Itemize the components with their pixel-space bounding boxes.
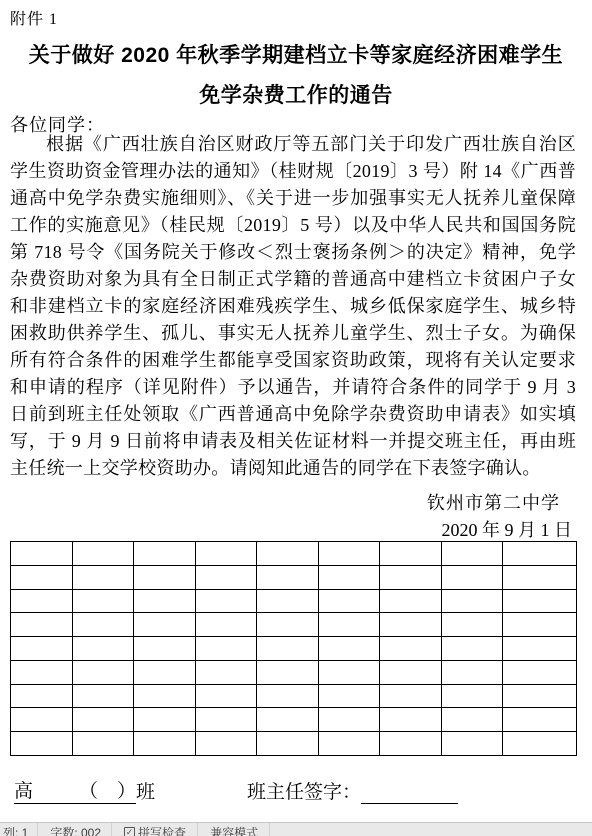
document-title: 关于做好 2020 年秋季学期建档立卡等家庭经济困难学生 免学杂费工作的通告: [0, 36, 592, 116]
table-cell[interactable]: [195, 589, 257, 613]
table-cell[interactable]: [257, 613, 319, 637]
table-row: [11, 660, 577, 684]
table-cell[interactable]: [318, 565, 380, 589]
table-cell[interactable]: [195, 684, 257, 708]
teacher-signature-blank-field[interactable]: [361, 782, 458, 804]
table-cell[interactable]: [195, 660, 257, 684]
table-cell[interactable]: [72, 613, 134, 637]
table-cell[interactable]: [257, 565, 319, 589]
spell-check-icon: ✓: [124, 827, 135, 836]
class-sign-line: 高 （ ） 班 班主任签字：: [14, 776, 578, 804]
table-cell[interactable]: [380, 684, 442, 708]
table-cell[interactable]: [318, 684, 380, 708]
table-cell[interactable]: [11, 565, 73, 589]
table-cell[interactable]: [11, 732, 73, 756]
table-cell[interactable]: [257, 637, 319, 661]
table-cell[interactable]: [380, 732, 442, 756]
table-cell[interactable]: [72, 708, 134, 732]
attachment-label: 附件 1: [10, 6, 58, 29]
table-cell[interactable]: [318, 708, 380, 732]
table-cell[interactable]: [72, 589, 134, 613]
table-cell[interactable]: [134, 613, 196, 637]
table-cell[interactable]: [11, 637, 73, 661]
table-cell[interactable]: [441, 732, 503, 756]
table-cell[interactable]: [11, 708, 73, 732]
status-word-count: 字数: 002: [50, 823, 101, 836]
table-cell[interactable]: [195, 732, 257, 756]
table-cell[interactable]: [134, 660, 196, 684]
table-cell[interactable]: [195, 565, 257, 589]
table-row: [11, 542, 577, 566]
document-page: 附件 1 关于做好 2020 年秋季学期建档立卡等家庭经济困难学生 免学杂费工作…: [0, 0, 592, 836]
table-cell[interactable]: [380, 565, 442, 589]
document-title-line1: 关于做好 2020 年秋季学期建档立卡等家庭经济困难学生: [0, 36, 592, 76]
table-cell[interactable]: [257, 542, 319, 566]
table-cell[interactable]: [441, 637, 503, 661]
table-cell[interactable]: [503, 565, 577, 589]
table-cell[interactable]: [257, 684, 319, 708]
status-separator: [269, 823, 270, 836]
signature-organization: 钦州市第二中学: [0, 489, 592, 515]
class-label: 班: [136, 777, 155, 804]
table-cell[interactable]: [11, 589, 73, 613]
table-cell[interactable]: [134, 589, 196, 613]
table-cell[interactable]: [318, 660, 380, 684]
table-row: [11, 708, 577, 732]
table-cell[interactable]: [380, 589, 442, 613]
table-cell[interactable]: [441, 660, 503, 684]
table-cell[interactable]: [72, 542, 134, 566]
table-cell[interactable]: [195, 542, 257, 566]
table-cell[interactable]: [195, 613, 257, 637]
table-cell[interactable]: [195, 637, 257, 661]
table-cell[interactable]: [72, 684, 134, 708]
table-cell[interactable]: [503, 684, 577, 708]
table-cell[interactable]: [72, 660, 134, 684]
status-column-indicator: 列: 1: [3, 823, 28, 836]
table-cell[interactable]: [503, 613, 577, 637]
table-cell[interactable]: [11, 684, 73, 708]
table-row: [11, 589, 577, 613]
table-cell[interactable]: [257, 732, 319, 756]
status-separator: [197, 823, 198, 836]
table-cell[interactable]: [503, 542, 577, 566]
table-cell[interactable]: [11, 660, 73, 684]
signature-table: [10, 541, 577, 756]
table-cell[interactable]: [134, 708, 196, 732]
table-cell[interactable]: [380, 637, 442, 661]
table-row: [11, 684, 577, 708]
table-cell[interactable]: [257, 708, 319, 732]
table-cell[interactable]: [380, 542, 442, 566]
table-row: [11, 637, 577, 661]
table-cell[interactable]: [257, 589, 319, 613]
table-cell[interactable]: [441, 542, 503, 566]
table-row: [11, 565, 577, 589]
table-cell[interactable]: [503, 637, 577, 661]
table-cell[interactable]: [503, 589, 577, 613]
table-cell[interactable]: [72, 565, 134, 589]
signature-table-body: [11, 542, 577, 756]
grade-label: 高: [14, 776, 33, 803]
table-cell[interactable]: [134, 565, 196, 589]
table-cell[interactable]: [441, 613, 503, 637]
body-paragraph: 根据《广西壮族自治区财政厅等五部门关于印发广西壮族自治区学生资助资金管理办法的通…: [10, 131, 576, 482]
table-cell[interactable]: [11, 542, 73, 566]
table-cell[interactable]: [380, 613, 442, 637]
status-bar: 列: 1 字数: 002 ✓ 拼写检查 兼容模式: [0, 822, 592, 836]
compat-mode-button[interactable]: 兼容模式: [210, 823, 258, 836]
table-cell[interactable]: [318, 542, 380, 566]
table-cell[interactable]: [318, 732, 380, 756]
status-separator: [111, 823, 112, 836]
table-cell[interactable]: [257, 660, 319, 684]
table-cell[interactable]: [11, 613, 73, 637]
table-cell[interactable]: [380, 660, 442, 684]
document-title-line2: 免学杂费工作的通告: [0, 76, 592, 116]
teacher-sign-label: 班主任签字：: [247, 777, 361, 804]
table-cell[interactable]: [72, 637, 134, 661]
table-row: [11, 613, 577, 637]
table-cell[interactable]: [134, 684, 196, 708]
table-cell[interactable]: [441, 565, 503, 589]
table-cell[interactable]: [503, 732, 577, 756]
grade-blank-field[interactable]: 高 （ ）: [14, 776, 136, 804]
status-separator: [37, 823, 38, 836]
table-row: [11, 732, 577, 756]
table-cell[interactable]: [441, 684, 503, 708]
table-cell[interactable]: [318, 613, 380, 637]
table-cell[interactable]: [441, 589, 503, 613]
table-cell[interactable]: [380, 708, 442, 732]
table-cell[interactable]: [441, 708, 503, 732]
signature-date: 2020 年 9 月 1 日: [0, 516, 592, 542]
table-cell[interactable]: [134, 637, 196, 661]
class-number-parens[interactable]: （ ）: [79, 776, 136, 803]
table-cell[interactable]: [134, 732, 196, 756]
table-cell[interactable]: [134, 542, 196, 566]
table-cell[interactable]: [503, 660, 577, 684]
table-cell[interactable]: [318, 637, 380, 661]
table-cell[interactable]: [195, 708, 257, 732]
table-cell[interactable]: [72, 732, 134, 756]
table-cell[interactable]: [318, 589, 380, 613]
spell-check-button[interactable]: 拼写检查: [138, 823, 186, 836]
table-cell[interactable]: [503, 708, 577, 732]
